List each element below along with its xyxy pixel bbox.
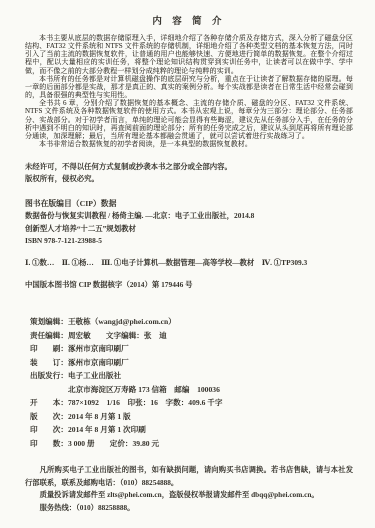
credit-value: 2014 年 8 月第 1 次印刷 — [68, 425, 146, 434]
copyright-line: 版权所有，侵权必究。 — [25, 173, 353, 185]
footer-line: 服务热线：（010）88258888。 — [25, 502, 353, 515]
credit-row: 版 次：2014 年 8 月第 1 版 — [30, 410, 353, 424]
intro-paragraph: 本书主要从底层的数据存储原理入手，详细地介绍了各种存储介质及存储方式，深入分析了… — [25, 34, 353, 75]
footer-line: 质量投诉请发邮件至 zlts@phei.com.cn，盗版侵权举报请发邮件至 d… — [25, 489, 353, 502]
credit-value: 周宏敏 文字编辑：张 迪 — [68, 331, 167, 340]
credit-row: 策划编辑：王敬栋（wangjd@phei.com.cn） — [30, 315, 353, 329]
cip-line: 创新型人才培养“十二五”规划教材 — [25, 223, 353, 236]
credit-label: 印 刷： — [30, 344, 68, 353]
credit-row: 装 订：涿州市京南印刷厂 — [30, 356, 353, 370]
content-summary-section: 本书主要从底层的数据存储原理入手，详细地介绍了各种存储介质及存储方式，深入分析了… — [25, 34, 353, 148]
credit-row: 出版发行：电子工业出版社 — [30, 369, 353, 383]
intro-paragraph: 本书所有的任务都是对计算机磁盘操作的底层研究与分析，重点在于让读者了解数据存储的… — [25, 75, 353, 99]
credit-row: 印 次：2014 年 8 月第 1 次印刷 — [30, 423, 353, 437]
cip-registry: 中国版本图书馆 CIP 数据核字（2014）第 179446 号 — [25, 279, 353, 292]
credit-value: 电子工业出版社 — [68, 371, 121, 380]
cip-classification: Ⅰ. ①数… Ⅱ. ①杨… Ⅲ. ①电子计算机—数据管理—高等学校—教材 Ⅳ. … — [25, 257, 353, 270]
credit-value: 王敬栋（wangjd@phei.com.cn） — [68, 317, 176, 326]
footer-line: 凡所购买电子工业出版社的图书，如有缺损问题，请向购买书店调换。若书店售缺，请与本… — [25, 464, 353, 489]
service-info-section: 凡所购买电子工业出版社的图书，如有缺损问题，请向购买书店调换。若书店售缺，请与本… — [25, 464, 353, 514]
credit-label: 策划编辑： — [30, 317, 68, 326]
credit-row: 开 本：787×1092 1/16 印张：16 字数：409.6 千字 — [30, 396, 353, 410]
credit-label: 版 次： — [30, 412, 68, 421]
intro-paragraph: 本书非常适合数据恢复的初学者阅读，是一本典型的数据恢复教材。 — [25, 140, 353, 148]
publication-credits-section: 策划编辑：王敬栋（wangjd@phei.com.cn） 责任编辑：周宏敏 文字… — [30, 315, 353, 450]
cip-isbn: ISBN 978-7-121-23988-5 — [25, 235, 353, 248]
credit-row: 责任编辑：周宏敏 文字编辑：张 迪 — [30, 329, 353, 343]
credit-label: 开 本： — [30, 398, 68, 407]
credit-value: 北京市海淀区万寿路 173 信箱 邮编 100036 — [68, 385, 220, 394]
credit-row: 印 数：3 000 册 定价：39.80 元 — [30, 437, 353, 451]
credit-value: 涿州市京南印刷厂 — [68, 344, 129, 353]
credit-value: 787×1092 1/16 印张：16 字数：409.6 千字 — [68, 398, 223, 407]
cip-line: 数据备份与恢复实训教程 / 杨倚主编. —北京：电子工业出版社，2014.8 — [25, 210, 353, 223]
copyright-line: 未经许可，不得以任何方式复制或抄袭本书之部分或全部内容。 — [25, 161, 353, 173]
credit-label: 印 数： — [30, 439, 68, 448]
credit-label: 装 订： — [30, 358, 68, 367]
credit-label: 责任编辑： — [30, 331, 68, 340]
copyright-notice-section: 未经许可，不得以任何方式复制或抄袭本书之部分或全部内容。 版权所有，侵权必究。 — [25, 161, 353, 185]
page-title: 内 容 简 介 — [25, 13, 353, 27]
book-copyright-page: 内 容 简 介 本书主要从底层的数据存储原理入手，详细地介绍了各种存储介质及存储… — [0, 0, 375, 515]
credit-row: 印 刷：涿州市京南印刷厂 — [30, 342, 353, 356]
credit-label: 出版发行： — [30, 371, 68, 380]
cip-heading: 图书在版编目（CIP）数据 — [25, 197, 353, 210]
cip-data-section: 图书在版编目（CIP）数据 数据备份与恢复实训教程 / 杨倚主编. —北京：电子… — [25, 197, 353, 291]
credit-value: 涿州市京南印刷厂 — [68, 358, 129, 367]
credit-label: 印 次： — [30, 425, 68, 434]
credit-value: 3 000 册 定价：39.80 元 — [68, 439, 159, 448]
credit-value: 2014 年 8 月第 1 版 — [68, 412, 131, 421]
credit-row-address: 北京市海淀区万寿路 173 信箱 邮编 100036 — [30, 383, 353, 397]
intro-paragraph: 全书共 6 章，分别介绍了数据恢复的基本概念、主流的存储介质、磁盘的分区、FAT… — [25, 99, 353, 140]
